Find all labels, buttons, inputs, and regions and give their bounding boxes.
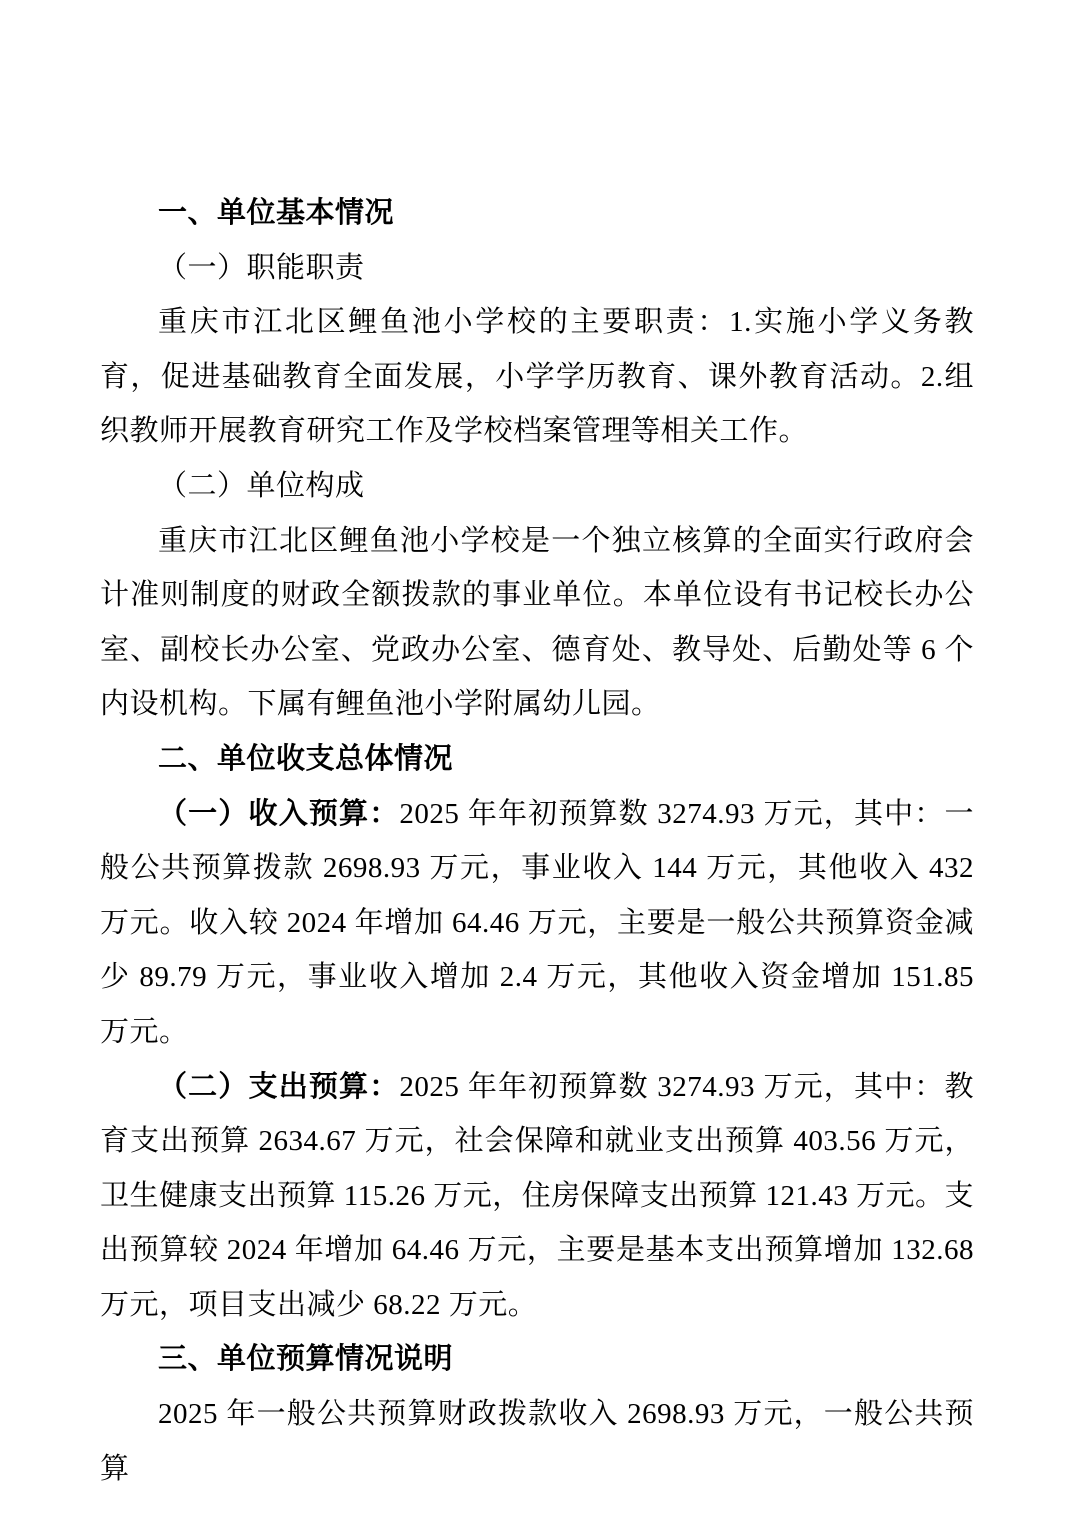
paragraph-budget-explanation: 2025 年一般公共预算财政拨款收入 2698.93 万元，一般公共预算 xyxy=(100,1387,974,1496)
paragraph-composition: 重庆市江北区鲤鱼池小学校是一个独立核算的全面实行政府会计准则制度的财政全额拨款的… xyxy=(100,514,974,732)
paragraph-expenditure-budget: （二）支出预算：2025 年年初预算数 3274.93 万元，其中：教育支出预算… xyxy=(100,1060,974,1333)
paragraph-expenditure-budget-text: 2025 年年初预算数 3274.93 万元，其中：教育支出预算 2634.67… xyxy=(100,1071,974,1321)
paragraph-duties: 重庆市江北区鲤鱼池小学校的主要职责：1.实施小学义务教育，促进基础教育全面发展，… xyxy=(100,295,974,459)
subheading-composition: （二）单位构成 xyxy=(100,459,974,514)
section-heading-basic-info: 一、单位基本情况 xyxy=(100,186,974,241)
section-heading-budget-explanation: 三、单位预算情况说明 xyxy=(100,1332,974,1387)
paragraph-expenditure-budget-lead: （二）支出预算： xyxy=(158,1071,399,1103)
section-heading-revenue-expenditure-overview: 二、单位收支总体情况 xyxy=(100,732,974,787)
subheading-duties: （一）职能职责 xyxy=(100,241,974,296)
paragraph-income-budget-lead: （一）收入预算： xyxy=(158,798,399,830)
paragraph-income-budget: （一）收入预算：2025 年年初预算数 3274.93 万元，其中：一般公共预算… xyxy=(100,787,974,1060)
document-page: 一、单位基本情况 （一）职能职责 重庆市江北区鲤鱼池小学校的主要职责：1.实施小… xyxy=(0,0,1074,1520)
paragraph-income-budget-text: 2025 年年初预算数 3274.93 万元，其中：一般公共预算拨款 2698.… xyxy=(100,798,974,1048)
document-content: 一、单位基本情况 （一）职能职责 重庆市江北区鲤鱼池小学校的主要职责：1.实施小… xyxy=(100,186,974,1496)
